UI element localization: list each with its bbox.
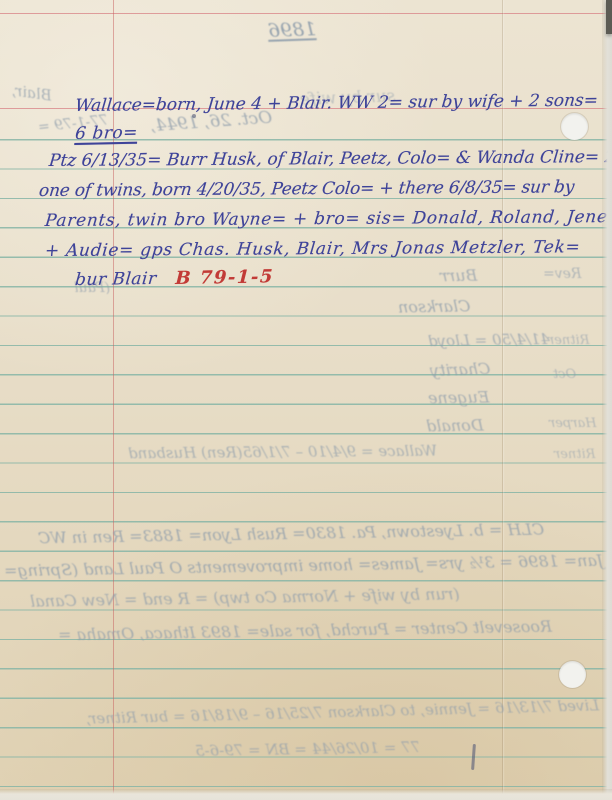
stray-ink-mark [471, 744, 476, 770]
bleedthrough-text: CLH = b. Lyestown, Pa. 1830= Rush Lyon= … [38, 520, 544, 548]
bleedthrough-text: (Paul [74, 280, 110, 296]
bleedthrough-text: (run by wife + Norma Co twp) = R end = N… [30, 584, 460, 610]
bleedthrough-text: Eugene [428, 387, 490, 407]
bleedthrough-text: Ritner [548, 333, 589, 348]
ink-line: Parents, twin bro Wayne= + bro= sis= Don… [44, 207, 612, 231]
bleedthrough-text: 77-1-79 = [37, 112, 108, 135]
scanned-ledger-page: 1896Blair,Oct. 26, 1944,77-1-79 =sur by … [0, 0, 612, 800]
ink-line: + Audie= gps Chas. Husk, Blair, Mrs Jona… [44, 237, 581, 261]
scan-edge-bottom [0, 789, 612, 800]
bleedthrough-text: Wallace = 9/4/10 – 7/1/65(Ren) Husband [128, 442, 437, 463]
bleedthrough-text: 77 = 10/26/44 = BN = 79-6-5 [195, 738, 421, 760]
bleedthrough-text: sur by wife [300, 86, 396, 109]
ink-line: bur Blair [74, 269, 157, 290]
bleedthrough-text: Harper [549, 416, 597, 431]
red-rule-top [0, 13, 608, 14]
ink-line: Wallace=born, June 4 + Blair. WW 2= sur … [74, 91, 599, 116]
bleedthrough-text: 1896 [268, 18, 317, 42]
bleedthrough-text: Ritner [554, 447, 595, 462]
scanner-corner-dark [606, 0, 612, 34]
bleedthrough-text: 41/4/50 = Lloyd [428, 330, 550, 350]
bleedthrough-text: Jan= 1896 = 3½ yrs= James= home improvem… [4, 551, 604, 580]
ink-line: one of twins, born 4/20/35, Peetz Colo= … [38, 177, 575, 201]
bleedthrough-text: Burr [440, 266, 478, 286]
paper-edge-right [602, 0, 612, 800]
stray-ink-mark [192, 114, 196, 118]
bleedthrough-text: Oct [553, 367, 576, 382]
hole-punch-top [561, 113, 588, 140]
bleedthrough-text: Blair, [11, 81, 53, 104]
bleedthrough-text: Rev= [543, 266, 581, 282]
bleedthrough-text: Donald [426, 415, 484, 435]
bleedthrough-text: Roosevelt Center = Purchd, for sale= 189… [58, 617, 552, 645]
green-rule-lines [0, 139, 608, 789]
bleedthrough-text: Clarkson [398, 296, 471, 316]
bleedthrough-text: Charity [430, 359, 491, 380]
red-rule-header [0, 108, 608, 109]
red-margin-line [113, 0, 114, 800]
paper-crease [502, 0, 503, 800]
hole-punch-bottom [559, 661, 586, 688]
bleedthrough-text: Lived 7/13/16 = Jennie, to Clarkson 7/25… [86, 696, 600, 727]
red-accession-code: B 79-1-5 [175, 266, 275, 289]
bleedthrough-text: Oct. 26, 1944, [149, 108, 272, 136]
ink-line: Ptz 6/13/35= Burr Husk, of Blair, Peetz,… [48, 147, 612, 171]
ink-line: 6 bro= [74, 123, 138, 144]
